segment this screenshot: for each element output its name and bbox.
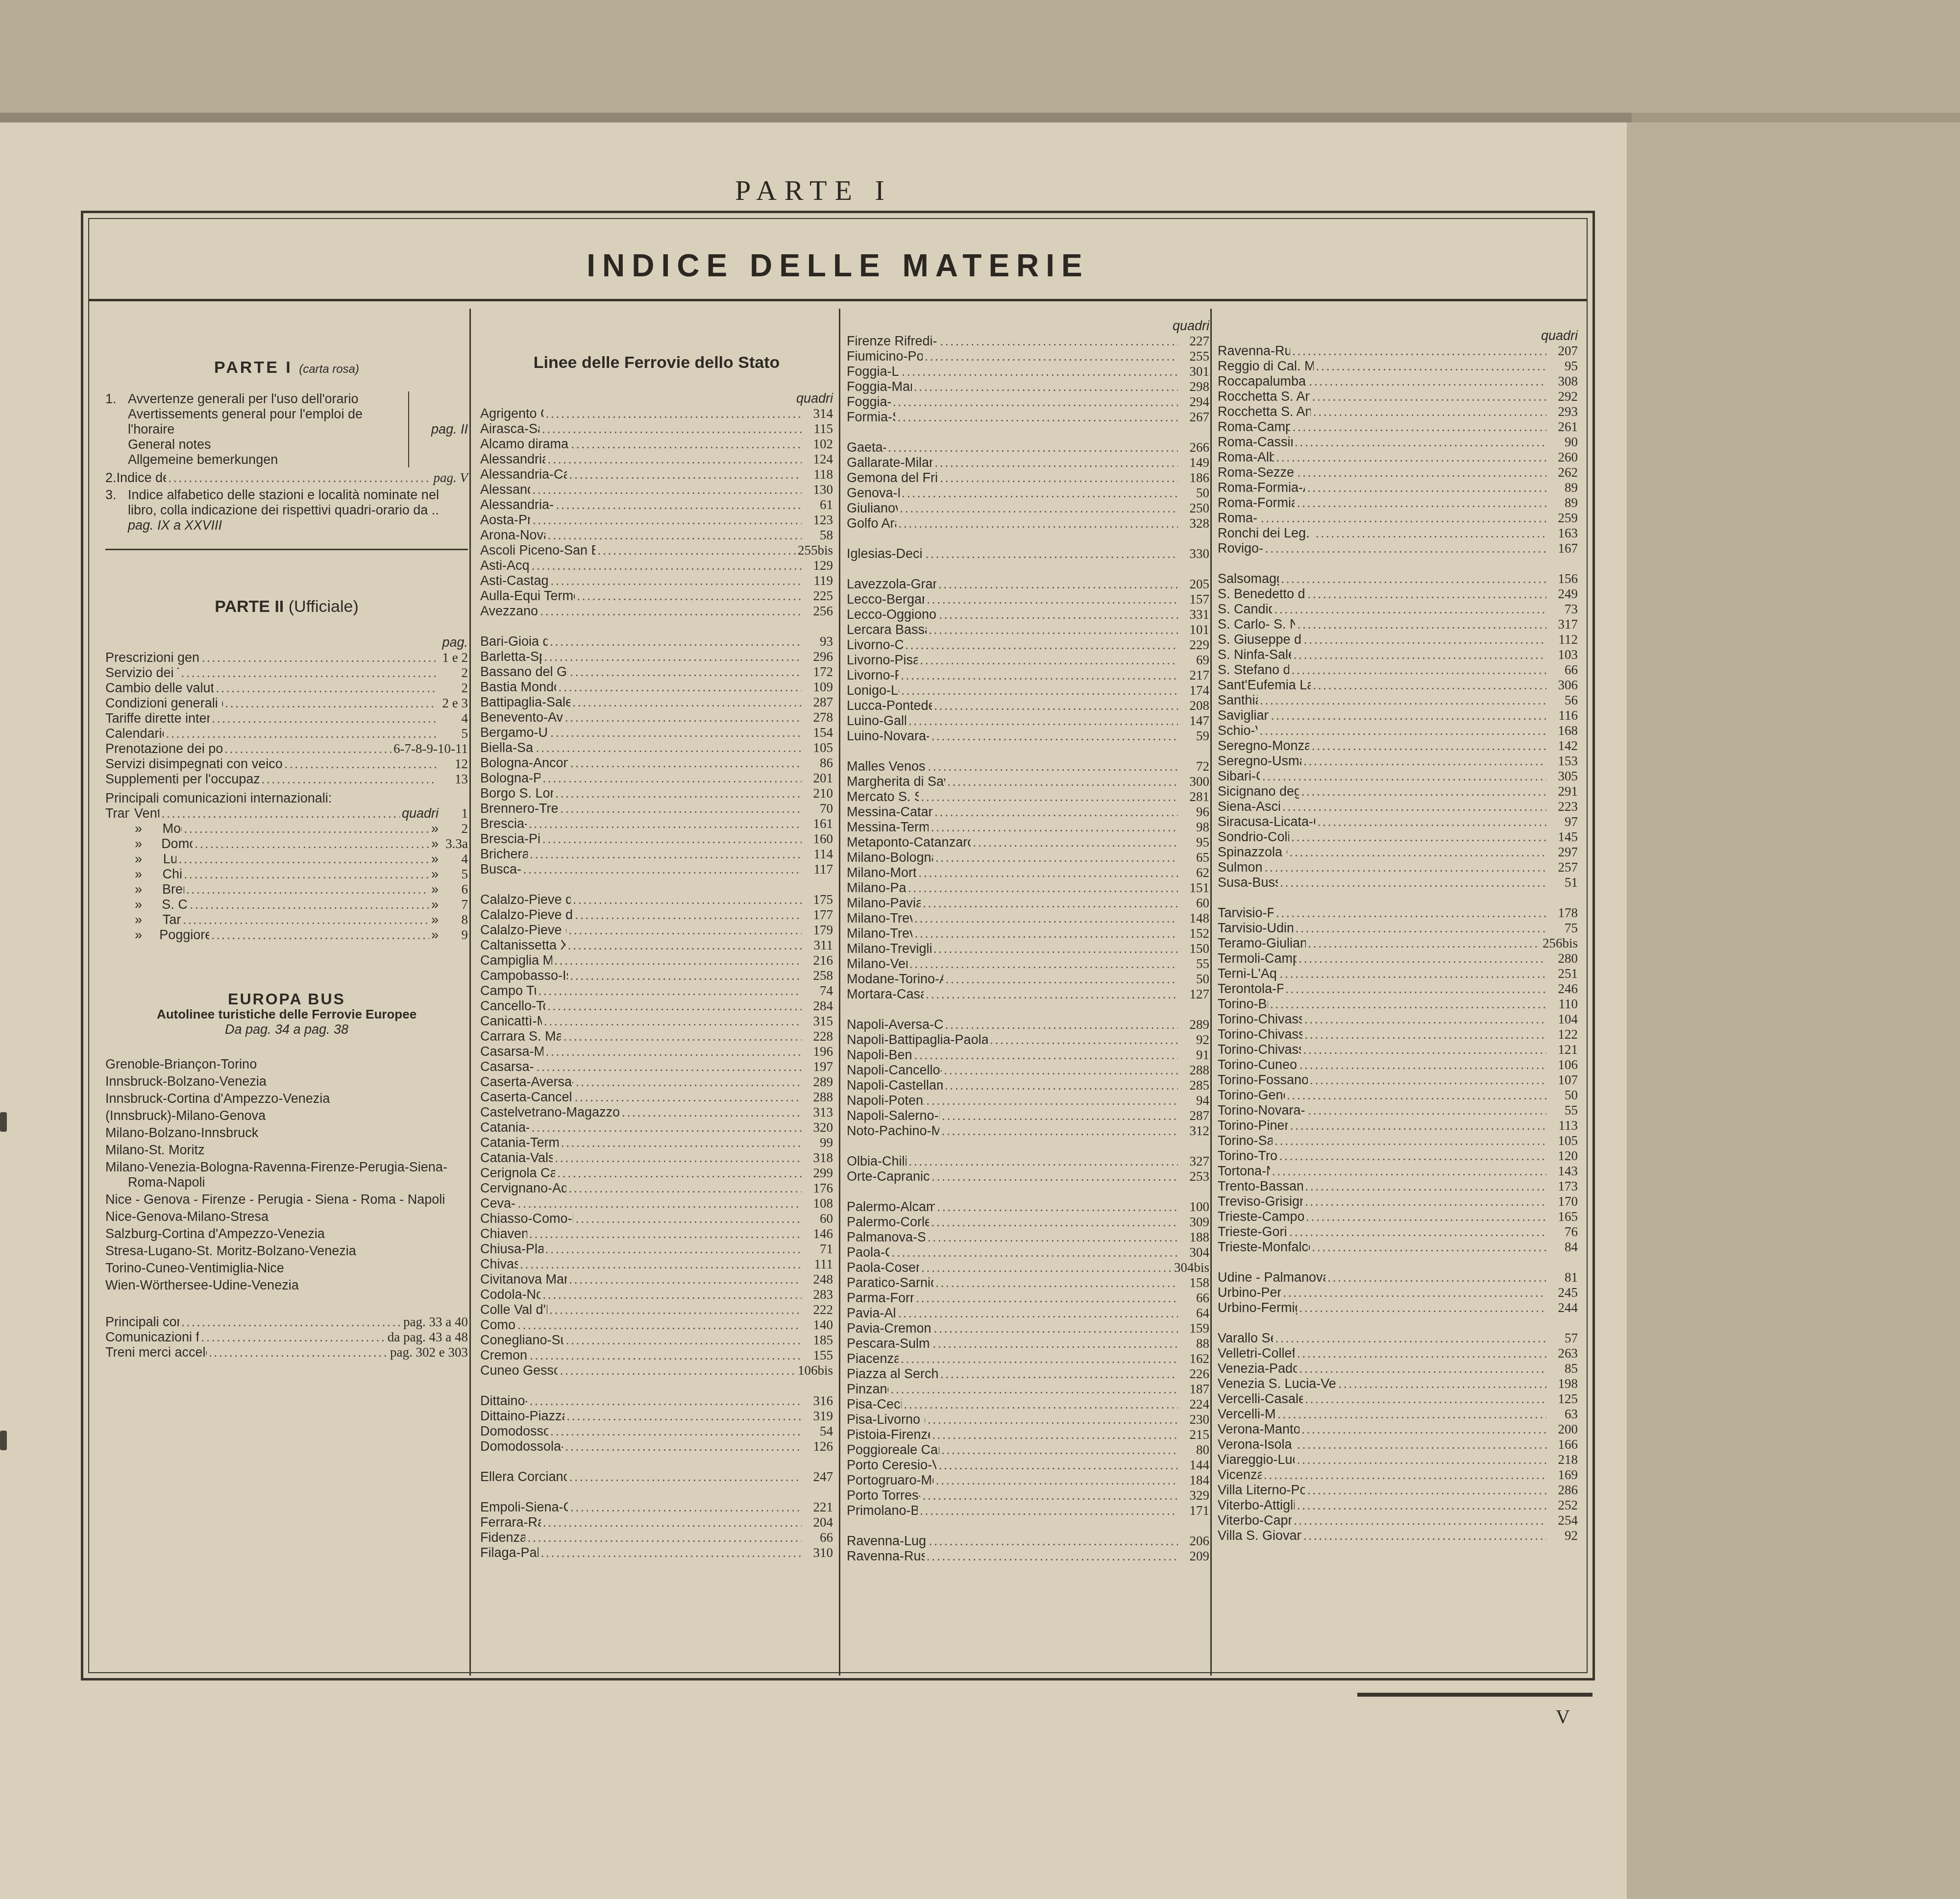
line-entry[interactable]: Milano-Pavia-Stradella151 — [847, 880, 1209, 896]
entry-label: Torino-Cuneo-Limone-Ventimiglia — [1218, 1057, 1298, 1072]
line-entry[interactable]: Terni-L'Aquila-Sulmona251 — [1218, 966, 1578, 981]
parte1-item-2[interactable]: 2. Indice delle materie pag. V — [105, 470, 468, 486]
line-entry[interactable]: Caserta-Cancello-Napoli (Servizio compl.… — [480, 1090, 833, 1105]
line-entry[interactable]: S. Candido-Fortezza73 — [1218, 602, 1578, 617]
line-entry[interactable]: Verona-Isola della Scala-Rovigo166 — [1218, 1437, 1578, 1452]
line-entry[interactable]: Roma-Campo Leone-Nettuno261 — [1218, 419, 1578, 435]
entry-label: Formia-Sparanise — [847, 410, 895, 425]
transit-entry[interactable]: Transito diVentimigliaquadri1 — [105, 806, 468, 821]
line-entry[interactable]: Viareggio-Lucca Pistoia-Firenze218 — [1218, 1452, 1578, 1467]
line-entry[interactable]: Livorno-Pisa-Empoli-Firenze69 — [847, 653, 1209, 668]
line-entry[interactable]: Casarsa-Motta di Livenza196 — [480, 1044, 833, 1059]
line-entry[interactable]: Golfo Aranci-Olbia328 — [847, 516, 1209, 531]
line-entry[interactable]: Empoli-Siena-Chiusi-Chianciano Terme221 — [480, 1500, 833, 1515]
bus-route[interactable]: Nice - Genova - Firenze - Perugia - Sien… — [105, 1192, 468, 1207]
line-entry[interactable]: Caltanissetta Xirbi-Agrigento Centrale31… — [480, 938, 833, 953]
line-entry[interactable]: Seregno-Usmate Carnate-Bergamo153 — [1218, 754, 1578, 769]
line-entry[interactable]: Roma-Formia-Napoli Mergellina89 — [1218, 495, 1578, 511]
entry-label: Cuneo Gesso-Borgo S. Dalmazzo — [480, 1363, 558, 1378]
line-entry[interactable]: Bastia Mondovì-Mondovì-Cuneo109 — [480, 680, 833, 695]
line-entry[interactable]: Rocchetta S. Antonio Lac.-Gioia del Coll… — [1218, 404, 1578, 419]
transit-entry[interactable]: »Poggioreale Campagna»9 — [105, 927, 468, 943]
transit-entry[interactable]: »Modane»2 — [105, 821, 468, 836]
line-entry[interactable]: Torino-Pinerolo-Torre Pellice113 — [1218, 1118, 1578, 1133]
line-entry[interactable]: Trieste-Monfalcone-Portogruaro-Venezia84 — [1218, 1240, 1578, 1255]
entry-label: Santhià-Arona — [1218, 693, 1258, 708]
leader-dots — [520, 1257, 802, 1272]
entry-quadro: 50 — [1180, 486, 1209, 501]
line-entry[interactable]: Battipaglia-Salerno-Napoli (Serv. compl.… — [480, 695, 833, 710]
parte2-item[interactable]: Servizi disimpegnati con veicoli della C… — [105, 756, 468, 772]
line-entry[interactable]: Napoli-Battipaglia-Paola-Villa S. Giovan… — [847, 1032, 1209, 1047]
line-entry[interactable]: Seregno-Monza-Milano (Serv. completo)142 — [1218, 738, 1578, 754]
parte2-item[interactable]: Condizioni generali di ammissione dei vi… — [105, 696, 468, 711]
line-entry[interactable]: Ronchi dei Leg. Nord-Ronchi dei Leg. Sud… — [1218, 526, 1578, 541]
line-entry[interactable]: Gallarate-Milano (Servizio completo)149 — [847, 455, 1209, 470]
line-entry[interactable]: Foggia-Lucera Città301 — [847, 364, 1209, 379]
line-entry[interactable]: Calalzo-Pieve di C.-Montebelluna-Venezia… — [480, 907, 833, 923]
line-entry[interactable]: Siena-Asciano-Grosseto223 — [1218, 799, 1578, 814]
leader-dots — [1303, 1528, 1546, 1543]
line-entry[interactable]: Torino-Cuneo-Limone-Ventimiglia106 — [1218, 1057, 1578, 1072]
line-entry[interactable]: Cuneo Gesso-Borgo S. Dalmazzo106bis — [480, 1363, 833, 1378]
line-entry[interactable]: Casarsa-Portogruaro197 — [480, 1059, 833, 1074]
line-entry[interactable]: Calalzo-Pieve di Cadore-Belluno-Padova17… — [480, 892, 833, 907]
bus-route[interactable]: Wien-Wörthersee-Udine-Venezia — [105, 1278, 468, 1293]
line-entry[interactable]: Torino-Genova-Pisa-Roma50 — [1218, 1088, 1578, 1103]
entry-label: Domodossola-Arona-Milano — [480, 1424, 548, 1439]
entry-quadro: 298 — [1180, 379, 1209, 394]
line-entry[interactable]: Napoli-Aversa-Caserta (Servizio completo… — [847, 1017, 1209, 1032]
line-entry[interactable]: Gemona del Friuli-Spilimbergo-Casarsa186 — [847, 470, 1209, 486]
line-entry[interactable]: Pavia-Cremona-Mantova-Monselice159 — [847, 1321, 1209, 1336]
leader-dots — [940, 1366, 1178, 1382]
entry-label: Pavia-Cremona-Mantova-Monselice — [847, 1321, 931, 1336]
line-entry[interactable]: Tarvisio-Udine-Treviso-Venezia75 — [1218, 921, 1578, 936]
transit-entry[interactable]: »Brennero»6 — [105, 882, 468, 897]
line-entry[interactable]: Siracusa-Licata-Canicattì-Caltanissetta … — [1218, 814, 1578, 829]
line-entry[interactable]: Santhià-Arona56 — [1218, 693, 1578, 708]
line-entry[interactable]: Torino-Chivasso-Casale Monferrato121 — [1218, 1042, 1578, 1057]
line-entry[interactable]: Ravenna-Lugo-Castel Bolognese206 — [847, 1534, 1209, 1549]
line-entry[interactable]: Termoli-Campobasso-Benevento280 — [1218, 951, 1578, 966]
line-entry[interactable]: Spinazzola Città-Spinazzola297 — [1218, 845, 1578, 860]
entry-quadro: 317 — [1548, 617, 1578, 632]
line-entry[interactable]: Chivasso-Asti111 — [480, 1257, 833, 1272]
line-entry[interactable]: Bricherasio-Barge114 — [480, 847, 833, 862]
line-entry[interactable]: Brescia-Piadena-Parma160 — [480, 831, 833, 847]
line-entry[interactable]: Lecco-Oggiono-Molteno-Monza-Milano331 — [847, 607, 1209, 622]
line-entry[interactable]: Bassano del Grappa-Cittadella-Padova172 — [480, 664, 833, 680]
line-entry[interactable]: Urbino-Fermignano-Fano-Pesaro244 — [1218, 1300, 1578, 1315]
line-entry[interactable]: Milano-Verona-Venezia55 — [847, 956, 1209, 972]
line-entry[interactable]: Carrara S. Martino-Carrara-Avenza228 — [480, 1029, 833, 1044]
bus-route[interactable]: Torino-Cuneo-Ventimiglia-Nice — [105, 1261, 468, 1276]
line-entry[interactable]: Bari-Gioia del Colle-Taranto93 — [480, 634, 833, 649]
line-entry[interactable]: Messina-Termini Imerese-Palermo98 — [847, 820, 1209, 835]
line-entry[interactable]: Aulla-Equi Terme-Minucciano-Pieve-Casola… — [480, 588, 833, 604]
line-entry[interactable]: Venezia S. Lucia-Venezia Mestre-Padova (… — [1218, 1376, 1578, 1391]
parte2-item[interactable]: Cambio delle valute estere sui treni e n… — [105, 681, 468, 696]
line-entry[interactable]: Roccapalumba Alia-Agrigento Centrale308 — [1218, 374, 1578, 389]
line-entry[interactable]: Iglesias-Decimomannu-Cagliari330 — [847, 546, 1209, 561]
leader-dots — [168, 470, 431, 486]
line-entry[interactable]: Torino-Novara-Milano-Verona-Venezia55 — [1218, 1103, 1578, 1118]
line-entry[interactable]: Tarvisio-Fusine-Laghi178 — [1218, 905, 1578, 921]
line-entry[interactable]: Conegliano-Susegana-Montebelluna185 — [480, 1333, 833, 1348]
line-entry[interactable]: Domodossola-Arona-Milano54 — [480, 1424, 833, 1439]
bus-route[interactable]: Stresa-Lugano-St. Moritz-Bolzano-Venezia — [105, 1243, 468, 1259]
line-entry[interactable]: Catania-Termini Imerese-Palermo99 — [480, 1135, 833, 1150]
line-entry[interactable]: Alessandria-Cavallermaggiore-Moretta118 — [480, 467, 833, 482]
line-entry[interactable]: Tortona-Novi Ligure143 — [1218, 1164, 1578, 1179]
line-entry[interactable]: Chiasso-Como-Milano-Genova-Ventimiglia60 — [480, 1211, 833, 1226]
line-entry[interactable]: Asti-Castagnole delle Lanze119 — [480, 573, 833, 588]
line-entry[interactable]: Treviso-Grisignano di Zocco-Ostiglia170 — [1218, 1194, 1578, 1209]
bus-route[interactable]: Milano-St. Moritz — [105, 1143, 468, 1158]
line-entry[interactable]: Viterbo-Capranica Sutri-Roma254 — [1218, 1513, 1578, 1528]
line-entry[interactable]: Cremona-Fidenza155 — [480, 1348, 833, 1363]
line-entry[interactable]: Ravenna-Russi-Faenza-Firenze209 — [847, 1549, 1209, 1564]
line-entry[interactable]: Alcamo diramaz.-Castelvetrano-Trapani102 — [480, 437, 833, 452]
transit-entry[interactable]: »Tarvisio»8 — [105, 912, 468, 927]
line-entry[interactable]: Pistoia-Firenze (Servizio completo)215 — [847, 1427, 1209, 1442]
line-entry[interactable]: Livorno-Pisa-Lucca217 — [847, 668, 1209, 683]
line-entry[interactable]: Piacenza-Cremona162 — [847, 1351, 1209, 1366]
line-entry[interactable]: Torino-Chivasso (Servizio completo)104 — [1218, 1012, 1578, 1027]
line-entry[interactable]: Teramo-Giulianova (Autoservizio I.N.T.)2… — [1218, 936, 1578, 951]
line-entry[interactable]: Foggia-Manfredonia Città298 — [847, 379, 1209, 394]
line-entry[interactable]: Genova-Pisa-Roma50 — [847, 486, 1209, 501]
entry-label: Napoli-Potenza-Taranto-Brindisi — [847, 1093, 924, 1108]
line-entry[interactable]: Varallo Sesia-Novara57 — [1218, 1331, 1578, 1346]
line-entry[interactable]: Lecco-Bergamo-Rovato-Brescia157 — [847, 592, 1209, 607]
line-entry[interactable]: Pescara-Sulmona-Avezzano-Roma88 — [847, 1336, 1209, 1351]
line-entry[interactable]: Alessandria-Ovada130 — [480, 482, 833, 497]
line-entry[interactable]: Terontola-Perugia-Foligno246 — [1218, 981, 1578, 997]
quadri-header: quadri — [1218, 328, 1578, 343]
entry-quadro: 154 — [804, 725, 833, 740]
line-entry[interactable]: Messina-Catania-Siracusa Marittima96 — [847, 804, 1209, 820]
line-entry[interactable]: Campo Tures-Brunico74 — [480, 983, 833, 998]
line-entry[interactable]: Lavezzola-Granarolo Faentino-Faenza205 — [847, 577, 1209, 592]
footer-item[interactable]: Comunicazioni fra Roma ed i Capiluoghi d… — [105, 1330, 468, 1345]
parte2-item[interactable]: Prescrizioni generali relative ai viaggi… — [105, 650, 468, 665]
line-entry[interactable]: Catania-Valsavoia-Caltagirone318 — [480, 1150, 833, 1166]
line-entry[interactable]: Pavia-Alessandria64 — [847, 1306, 1209, 1321]
parte1-item-1[interactable]: 1. Avvertenze generali per l'uso dell'or… — [105, 391, 468, 467]
line-entry[interactable]: Ellera Corciano-Tavernelle Val Nestore24… — [480, 1469, 833, 1485]
entry-label: Foggia-Lucera Città — [847, 364, 900, 379]
bus-route[interactable]: Grenoble-Briançon-Torino — [105, 1057, 468, 1072]
line-entry[interactable]: Margherita di Sav.-Ofantino-Margherita d… — [847, 774, 1209, 789]
line-entry[interactable]: Firenze Rifredi-Firenze Campo di Marte22… — [847, 334, 1209, 349]
line-entry[interactable]: Asti-Acqui-Genova129 — [480, 558, 833, 573]
line-entry[interactable]: Reggio di Cal. Marittima-Messina Maritti… — [1218, 359, 1578, 374]
entry-quadro: 224 — [1180, 1397, 1209, 1412]
entry-quadro: 107 — [1548, 1072, 1578, 1088]
line-entry[interactable]: S. Ninfa-Salemi (Autoservizio)103 — [1218, 647, 1578, 662]
line-entry[interactable]: Torino-Trofarello-Chieri120 — [1218, 1148, 1578, 1164]
entry-quadro: 288 — [1180, 1063, 1209, 1078]
line-entry[interactable]: Bergamo-Usmate C.-Milano154 — [480, 725, 833, 740]
line-entry[interactable]: Catania-Regalbuto320 — [480, 1120, 833, 1135]
line-entry[interactable]: Brescia-Cremona161 — [480, 816, 833, 831]
line-entry[interactable]: Aosta-Prè S. Didier123 — [480, 512, 833, 528]
line-entry[interactable]: Sondrio-Colico-Lecco-Milano145 — [1218, 829, 1578, 845]
parte2-item[interactable]: Calendario 1954-19555 — [105, 726, 468, 741]
line-entry[interactable]: Paola-Cosenza304 — [847, 1245, 1209, 1260]
line-entry[interactable]: Savigliano-Saluzzo116 — [1218, 708, 1578, 723]
transit-entry[interactable]: »Luino»4 — [105, 852, 468, 867]
line-entry[interactable]: Venezia-Padova-Rovigo-Bologna85 — [1218, 1361, 1578, 1376]
footer-item[interactable]: Treni merci accelerati e diretti equipar… — [105, 1345, 468, 1360]
line-entry[interactable]: Trieste-Campomarzio-Erpelle Cosina165 — [1218, 1209, 1578, 1224]
line-entry[interactable]: Palermo-Alcamo diramazione-Trapani100 — [847, 1199, 1209, 1215]
line-entry[interactable]: Paola-Cosenza (Autoservizio)304bis — [847, 1260, 1209, 1275]
group-gap — [1218, 890, 1578, 905]
line-entry[interactable]: Torino-Santhià-Biella105 — [1218, 1133, 1578, 1148]
line-entry[interactable]: Malles Venosta-Merano-Bolzano72 — [847, 759, 1209, 774]
line-entry[interactable]: Brennero-Trento-Verona-Bologna70 — [480, 801, 833, 816]
line-entry[interactable]: Avezzano-Roccasecca256 — [480, 604, 833, 619]
line-entry[interactable]: Napoli-Cancello-Caserta (Servizio compl.… — [847, 1063, 1209, 1078]
line-entry[interactable]: Bologna-Ancona-Foggia-Brindisi-Lecce86 — [480, 755, 833, 771]
line-entry[interactable]: Dittaino-Piazza Armerina-Caltagirone319 — [480, 1409, 833, 1424]
line-entry[interactable]: Calalzo-Pieve di C.-Vittorio V.-Venezia1… — [480, 923, 833, 938]
line-entry[interactable]: Cerignola Campagna-Cerignola299 — [480, 1166, 833, 1181]
leader-dots — [931, 729, 1178, 744]
line-entry[interactable]: Vicenza-Treviso169 — [1218, 1467, 1578, 1483]
line-entry[interactable]: Metaponto-Catanzaro-Reggio di Cal. Marit… — [847, 835, 1209, 850]
bus-route[interactable]: Innsbruck-Cortina d'Ampezzo-Venezia — [105, 1091, 468, 1106]
line-entry[interactable]: Porto Ceresio-Varese-Gallarate-Milano144 — [847, 1458, 1209, 1473]
line-entry[interactable]: Borgo S. Lorenzo-Pontassieve210 — [480, 786, 833, 801]
line-entry[interactable]: Como-Lecco140 — [480, 1317, 833, 1333]
line-entry[interactable]: Milano-Treviglio-Cremona152 — [847, 926, 1209, 941]
line-entry[interactable]: Rovigo-Chioggia167 — [1218, 541, 1578, 556]
bus-route[interactable]: (Innsbruck)-Milano-Genova — [105, 1108, 468, 1123]
line-entry[interactable]: Noto-Pachino-Marzamemi (Autoservizio)312 — [847, 1123, 1209, 1139]
line-entry[interactable]: Sicignano degli Alburni-Lagonegro291 — [1218, 784, 1578, 799]
bus-route[interactable]: Innsbruck-Bolzano-Venezia — [105, 1074, 468, 1089]
line-entry[interactable]: Milano-Bologna-Prato-Firenze-Roma65 — [847, 850, 1209, 865]
line-entry[interactable]: Schio-Vicenza168 — [1218, 723, 1578, 738]
line-entry[interactable]: Paratico-Sarnico-Palazzolo sull'Oglio158 — [847, 1275, 1209, 1290]
line-entry[interactable]: Villa Literno-Pozzuoli Solfatara-Napoli2… — [1218, 1483, 1578, 1498]
line-entry[interactable]: Chiusa-Plan Val Gardena71 — [480, 1242, 833, 1257]
line-entry[interactable]: S. Stefano di Magra-Sarzana66 — [1218, 662, 1578, 678]
parte2-item[interactable]: Supplementi per l'occupazione dei posti … — [105, 772, 468, 787]
line-entry[interactable]: Pisa-Cecina-Volterra224 — [847, 1397, 1209, 1412]
parte2-item[interactable]: Servizio dei Telegrammi-treno2 — [105, 665, 468, 681]
line-entry[interactable]: Velletri-Colleferro Segni-Paliano263 — [1218, 1346, 1578, 1361]
line-entry[interactable]: Foggia-Potenza294 — [847, 394, 1209, 410]
line-entry[interactable]: Ceva-Ormea108 — [480, 1196, 833, 1211]
entry-label: Napoli-Salerno-Battipaglia (Serv. compl.… — [847, 1108, 940, 1123]
leader-dots — [1301, 784, 1546, 799]
line-entry[interactable]: S. Carlo- S. Ninfa-Castelvetrano317 — [1218, 617, 1578, 632]
line-entry[interactable]: Pisa-Livorno (Servizio completo)230 — [847, 1412, 1209, 1427]
line-entry[interactable]: Luino-Novara-Mortara-Alessandria59 — [847, 729, 1209, 744]
leader-dots — [547, 998, 802, 1014]
line-entry[interactable]: Dittaino-Leonforte316 — [480, 1393, 833, 1409]
leader-dots — [575, 907, 802, 923]
line-entry[interactable]: Milano-Pavia-Tortona-Genova60 — [847, 896, 1209, 911]
line-entry[interactable]: Giulianova-Teramo250 — [847, 501, 1209, 516]
line-entry[interactable]: Palmanova-S. Giorgio di Nogaro188 — [847, 1230, 1209, 1245]
entry-label: Bricherasio-Barge — [480, 847, 528, 862]
leader-dots — [1297, 1346, 1546, 1361]
line-entry[interactable]: Verona-Mantova-Modena-Bologna200 — [1218, 1422, 1578, 1437]
line-entry[interactable]: Cervignano-Aquileia-Grado-Belvedere176 — [480, 1181, 833, 1196]
bus-route[interactable]: Milano-Bolzano-Innsbruck — [105, 1125, 468, 1141]
line-entry[interactable]: Bologna-Pistoia-Firenze201 — [480, 771, 833, 786]
line-entry[interactable]: Torino-Bra-Savona110 — [1218, 997, 1578, 1012]
entry-quadro: 249 — [1548, 586, 1578, 602]
line-entry[interactable]: Olbia-Chilivani-Cagliari327 — [847, 1154, 1209, 1169]
entry-quadro: 151 — [1180, 880, 1209, 896]
line-entry[interactable]: Milano-Mortara-Alessandria62 — [847, 865, 1209, 880]
transit-entry[interactable]: »Domodossola»3.3a — [105, 836, 468, 852]
entry-label: Carrara S. Martino-Carrara-Avenza — [480, 1029, 561, 1044]
line-entry[interactable]: Roma-Albano Laziale260 — [1218, 450, 1578, 465]
bus-route[interactable]: Salzburg-Cortina d'Ampezzo-Venezia — [105, 1226, 468, 1242]
line-entry[interactable]: Portogruaro-Motta di Livenza-Treviso184 — [847, 1473, 1209, 1488]
line-entry[interactable]: Torino-Chivasso-Aosta-Prè S. Didier122 — [1218, 1027, 1578, 1042]
line-entry[interactable]: Codola-Nocera Inferiore283 — [480, 1287, 833, 1302]
line-entry[interactable]: Torino-Fossano-Mondovì-Ceva-Savona107 — [1218, 1072, 1578, 1088]
line-entry[interactable]: Napoli-Salerno-Battipaglia (Serv. compl.… — [847, 1108, 1209, 1123]
line-entry[interactable]: Viterbo-Attigliano Bomarzo-Orte252 — [1218, 1498, 1578, 1513]
line-entry[interactable]: Biella-Santhià-Torino105 — [480, 740, 833, 755]
parte2-item[interactable]: Prenotazione dei posti di 1ª e 2ª classe… — [105, 741, 468, 756]
line-entry[interactable]: Ferrara-Ravenna-Rimini204 — [480, 1515, 833, 1530]
line-entry[interactable]: Napoli-Potenza-Taranto-Brindisi94 — [847, 1093, 1209, 1108]
line-entry[interactable]: Busca-Dronero117 — [480, 862, 833, 877]
line-entry[interactable]: Sant'Eufemia Lamezia-Catanzaro Marina306 — [1218, 678, 1578, 693]
line-entry[interactable]: Canicattì-Margonia-Naro315 — [480, 1014, 833, 1029]
parte1-item-3[interactable]: 3. Indice alfabetico delle stazioni e lo… — [105, 487, 468, 533]
line-entry[interactable]: Barletta-Spinazzola Città296 — [480, 649, 833, 664]
line-entry[interactable]: Vercelli-Mortara-Pavia63 — [1218, 1407, 1578, 1422]
line-entry[interactable]: Pinzano-Sacile187 — [847, 1382, 1209, 1397]
leader-dots — [914, 1047, 1178, 1063]
line-entry[interactable]: Sulmona-Isernia257 — [1218, 860, 1578, 875]
line-entry[interactable]: Caserta-Aversa-Napoli (Servizio completo… — [480, 1074, 833, 1090]
line-entry[interactable]: Arona-Novara-Alessandria58 — [480, 528, 833, 543]
entry-quadro: 215 — [1180, 1427, 1209, 1442]
line-entry[interactable]: Roma-Frascati259 — [1218, 511, 1578, 526]
line-entry[interactable]: Campobasso-Isernia-Vairano Caianello258 — [480, 968, 833, 983]
bus-route[interactable]: Milano-Venezia-Bologna-Ravenna-Firenze-P… — [105, 1160, 468, 1190]
line-entry[interactable]: Colle Val d'Elsa-Poggibonsi222 — [480, 1302, 833, 1317]
line-entry[interactable]: Alessandria-Acqui-Savona124 — [480, 452, 833, 467]
line-entry[interactable]: Orte-Capranica Sutri-Civitavecchia253 — [847, 1169, 1209, 1184]
entry-quadro: 266 — [1180, 440, 1209, 455]
line-entry[interactable]: Agrigento Centrale-Licata314 — [480, 406, 833, 421]
line-entry[interactable]: S. Giuseppe di Cairo-Altare-Savona112 — [1218, 632, 1578, 647]
line-entry[interactable]: Filaga-Palazzo Adriano310 — [480, 1545, 833, 1560]
line-entry[interactable]: Castelvetrano-Magazzolo-Porto Empedocle … — [480, 1105, 833, 1120]
line-entry[interactable]: Palermo-Corleone-S. Carlo-Burgio309 — [847, 1215, 1209, 1230]
leader-dots — [568, 923, 802, 938]
line-entry[interactable]: Ascoli Piceno-San Benedetto del Tronto (… — [480, 543, 833, 558]
entry-quadro: 312 — [1180, 1123, 1209, 1139]
line-entry[interactable]: Lonigo-Lonigo Città174 — [847, 683, 1209, 698]
line-entry[interactable]: Rocchetta S. Antonio Lacedonia-Avellino2… — [1218, 389, 1578, 404]
ditto-mark: » — [105, 912, 163, 927]
line-entry[interactable]: Milano-Treviglio-Bergamo148 — [847, 911, 1209, 926]
line-entry[interactable]: Cancello-Torre Annunziata284 — [480, 998, 833, 1014]
leader-dots — [186, 882, 429, 897]
line-entry[interactable]: Lucca-Pontedera-Bagni di Casciana208 — [847, 698, 1209, 713]
entry-label: Luino-Gallarate-Milano — [847, 713, 906, 729]
line-entry[interactable]: Mercato S. Severino-Salerno281 — [847, 789, 1209, 804]
line-entry[interactable]: S. Benedetto del Tronto-Ascoli Piceno249 — [1218, 586, 1578, 602]
line-entry[interactable]: Piazza al Serchio-Bagni di Lucca-Lucca22… — [847, 1366, 1209, 1382]
parte2-item[interactable]: Tariffe dirette internazionali Viaggiato… — [105, 711, 468, 726]
line-entry[interactable]: Airasca-Saluzzo-Cuneo115 — [480, 421, 833, 437]
line-entry[interactable]: Porto Torres-Sassari-Chilivani329 — [847, 1488, 1209, 1503]
line-entry[interactable]: Mortara-Casale Monferrato-Asti127 — [847, 987, 1209, 1002]
line-entry[interactable]: Fiumicino-Ponte Galeria-Roma255 — [847, 349, 1209, 364]
line-entry[interactable]: Modane-Torino-Alessandria-Genova-Roma50 — [847, 972, 1209, 987]
line-entry[interactable]: Villa S. Giovanni-Messina Marittima92 — [1218, 1528, 1578, 1543]
line-entry[interactable]: Chiavenna-Colico146 — [480, 1226, 833, 1242]
line-entry[interactable]: Udine - Palmanova - Cervignano - Aquilei… — [1218, 1270, 1578, 1285]
transit-entry[interactable]: »S. Candido»7 — [105, 897, 468, 912]
line-entry[interactable]: Trento-Bassano del Grappa-Venezia173 — [1218, 1179, 1578, 1194]
line-entry[interactable]: Gaeta-Formia266 — [847, 440, 1209, 455]
line-entry[interactable]: Milano-Treviglio (Servizio completo)150 — [847, 941, 1209, 956]
line-entry[interactable]: Parma-Fornovo-La Spezia66 — [847, 1290, 1209, 1306]
line-entry[interactable]: Livorno-Colle Salvetti229 — [847, 637, 1209, 653]
line-entry[interactable]: Benevento-Avellino-Cancello-Napoli278 — [480, 710, 833, 725]
entry-label: Vercelli-Mortara-Pavia — [1218, 1407, 1275, 1422]
line-entry[interactable]: Susa-Bussoleno-Torino51 — [1218, 875, 1578, 890]
line-entry[interactable]: Primolano-Bassano-Vicenza171 — [847, 1503, 1209, 1518]
line-entry[interactable]: Vercelli-Casale Monferr.-Alessandria125 — [1218, 1391, 1578, 1407]
line-entry[interactable]: Poggioreale Campagna-Trieste Centrale80 — [847, 1442, 1209, 1458]
transit-entry[interactable]: »Chiasso»5 — [105, 867, 468, 882]
line-entry[interactable]: Fidenza-Fornovo66 — [480, 1530, 833, 1545]
quadri-label: quadri — [402, 806, 439, 821]
line-entry[interactable]: Luino-Gallarate-Milano147 — [847, 713, 1209, 729]
line-entry[interactable]: Roma-Cassino-Caserta-Napoli90 — [1218, 435, 1578, 450]
line-entry[interactable]: Trieste-Gorizia Centr.-Udine76 — [1218, 1224, 1578, 1240]
line-entry[interactable]: Napoli-Castellammare di Stabia-Gragnano2… — [847, 1078, 1209, 1093]
bus-route[interactable]: Nice-Genova-Milano-Stresa — [105, 1209, 468, 1224]
line-entry[interactable]: Napoli-Benevento-Foggia91 — [847, 1047, 1209, 1063]
line-entry[interactable]: Ravenna-Russi-Lugo-Faenza207 — [1218, 343, 1578, 359]
parte1-heading: PARTE I (carta rosa) — [105, 360, 468, 377]
line-entry[interactable]: Domodossola-Borgomanero-Novara126 — [480, 1439, 833, 1454]
page-right-margin — [1627, 122, 1960, 1899]
line-entry[interactable]: Roma-Sezze Romano-Terracina262 — [1218, 465, 1578, 480]
line-entry[interactable]: Alessandria-Voghera-Piacenza61 — [480, 497, 833, 512]
line-entry[interactable]: Sibari-Cosenza305 — [1218, 769, 1578, 784]
line-entry[interactable]: Civitanova Marche-Macerata-Fabriano248 — [480, 1272, 833, 1287]
entry-quadro: 310 — [804, 1545, 833, 1560]
line-entry[interactable]: Salsomaggiore-Fidenza156 — [1218, 571, 1578, 586]
line-entry[interactable]: Campiglia Marittima-Piombino216 — [480, 953, 833, 968]
line-entry[interactable]: Lercara Bassa-Filaga-Magazzolo101 — [847, 622, 1209, 637]
line-entry[interactable]: Roma-Formia-Aversa-Napoli Centrale89 — [1218, 480, 1578, 495]
line-entry[interactable]: Urbino-Pergola-Fabriano245 — [1218, 1285, 1578, 1300]
footer-item[interactable]: Principali comunicazioni interne dapag. … — [105, 1315, 468, 1330]
line-entry[interactable]: Formia-Sparanise267 — [847, 410, 1209, 425]
